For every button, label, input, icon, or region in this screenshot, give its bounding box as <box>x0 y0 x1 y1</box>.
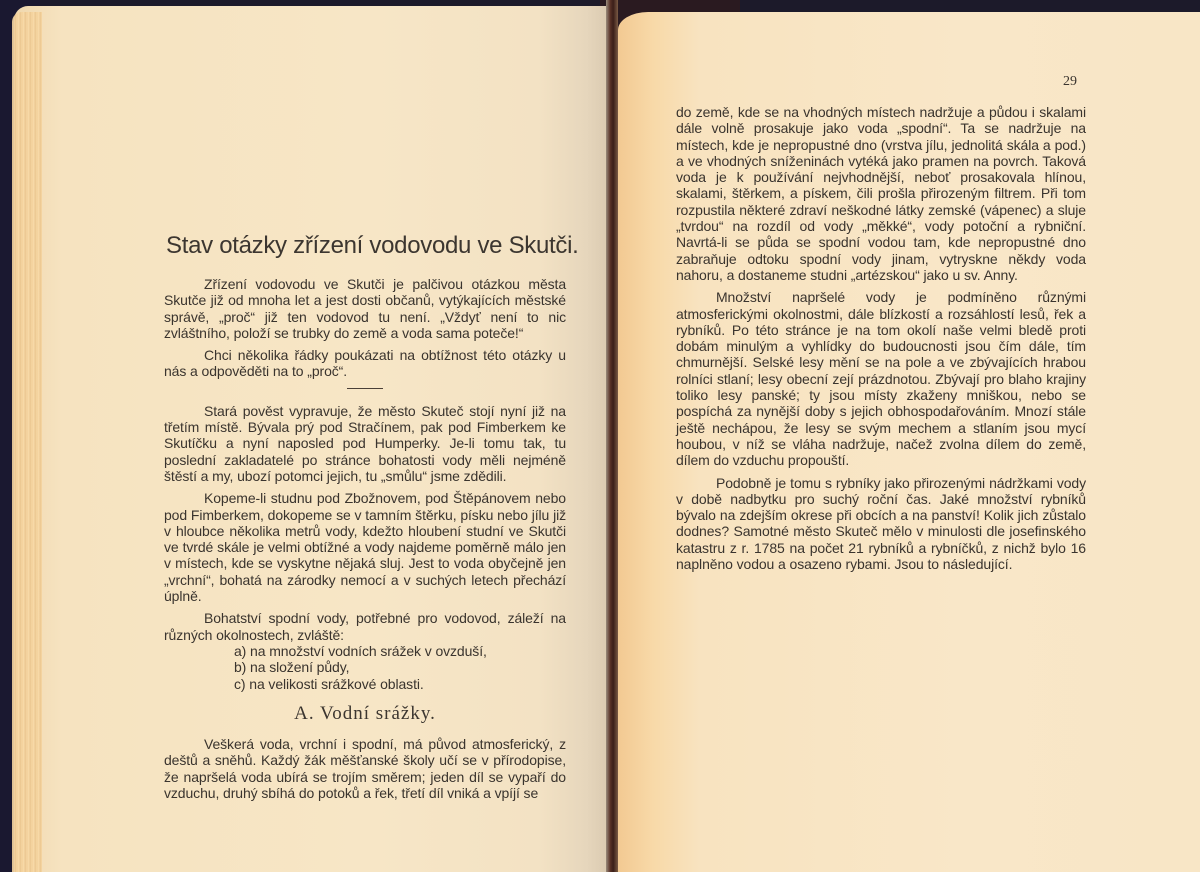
list-item: c) na velikosti srážkové oblasti. <box>164 676 566 692</box>
list-item: a) na množství vodních srážek v ovzduší, <box>164 643 566 659</box>
body-paragraph: Stará pověst vypravuje, že město Skuteč … <box>164 403 566 484</box>
intro-paragraph: Chci několika řádky poukázati na obtížno… <box>164 347 566 380</box>
chapter-title: Stav otázky zřízení vodovodu ve Skutči. <box>166 232 578 260</box>
intro-paragraph: Zřízení vodovodu ve Skutči je palčivou o… <box>164 276 566 341</box>
book-spread: Stav otázky zřízení vodovodu ve Skutči. … <box>0 0 1200 872</box>
left-page-text: Zřízení vodovodu ve Skutči je palčivou o… <box>164 276 566 807</box>
body-paragraph: Kopeme-li studnu pod Zbožnovem, pod Štěp… <box>164 490 566 604</box>
body-paragraph: do země, kde se na vhodných místech nadr… <box>676 104 1086 283</box>
section-heading: A. Vodní srážky. <box>164 706 566 722</box>
page-edges <box>12 12 42 872</box>
right-page-text: do země, kde se na vhodných místech nadr… <box>676 104 1086 578</box>
page-number: 29 <box>1063 74 1077 90</box>
section-divider <box>347 388 383 389</box>
list-item: b) na složení půdy, <box>164 659 566 675</box>
body-paragraph: Podobně je tomu s rybníky jako přirozený… <box>676 475 1086 573</box>
book-spine <box>606 0 618 872</box>
body-paragraph: Bohatství spodní vody, potřebné pro vodo… <box>164 610 566 643</box>
conditions-list: a) na množství vodních srážek v ovzduší,… <box>164 643 566 692</box>
body-paragraph: Množství napršelé vody je podmíněno různ… <box>676 289 1086 468</box>
body-paragraph: Veškerá voda, vrchní i spodní, má původ … <box>164 736 566 801</box>
